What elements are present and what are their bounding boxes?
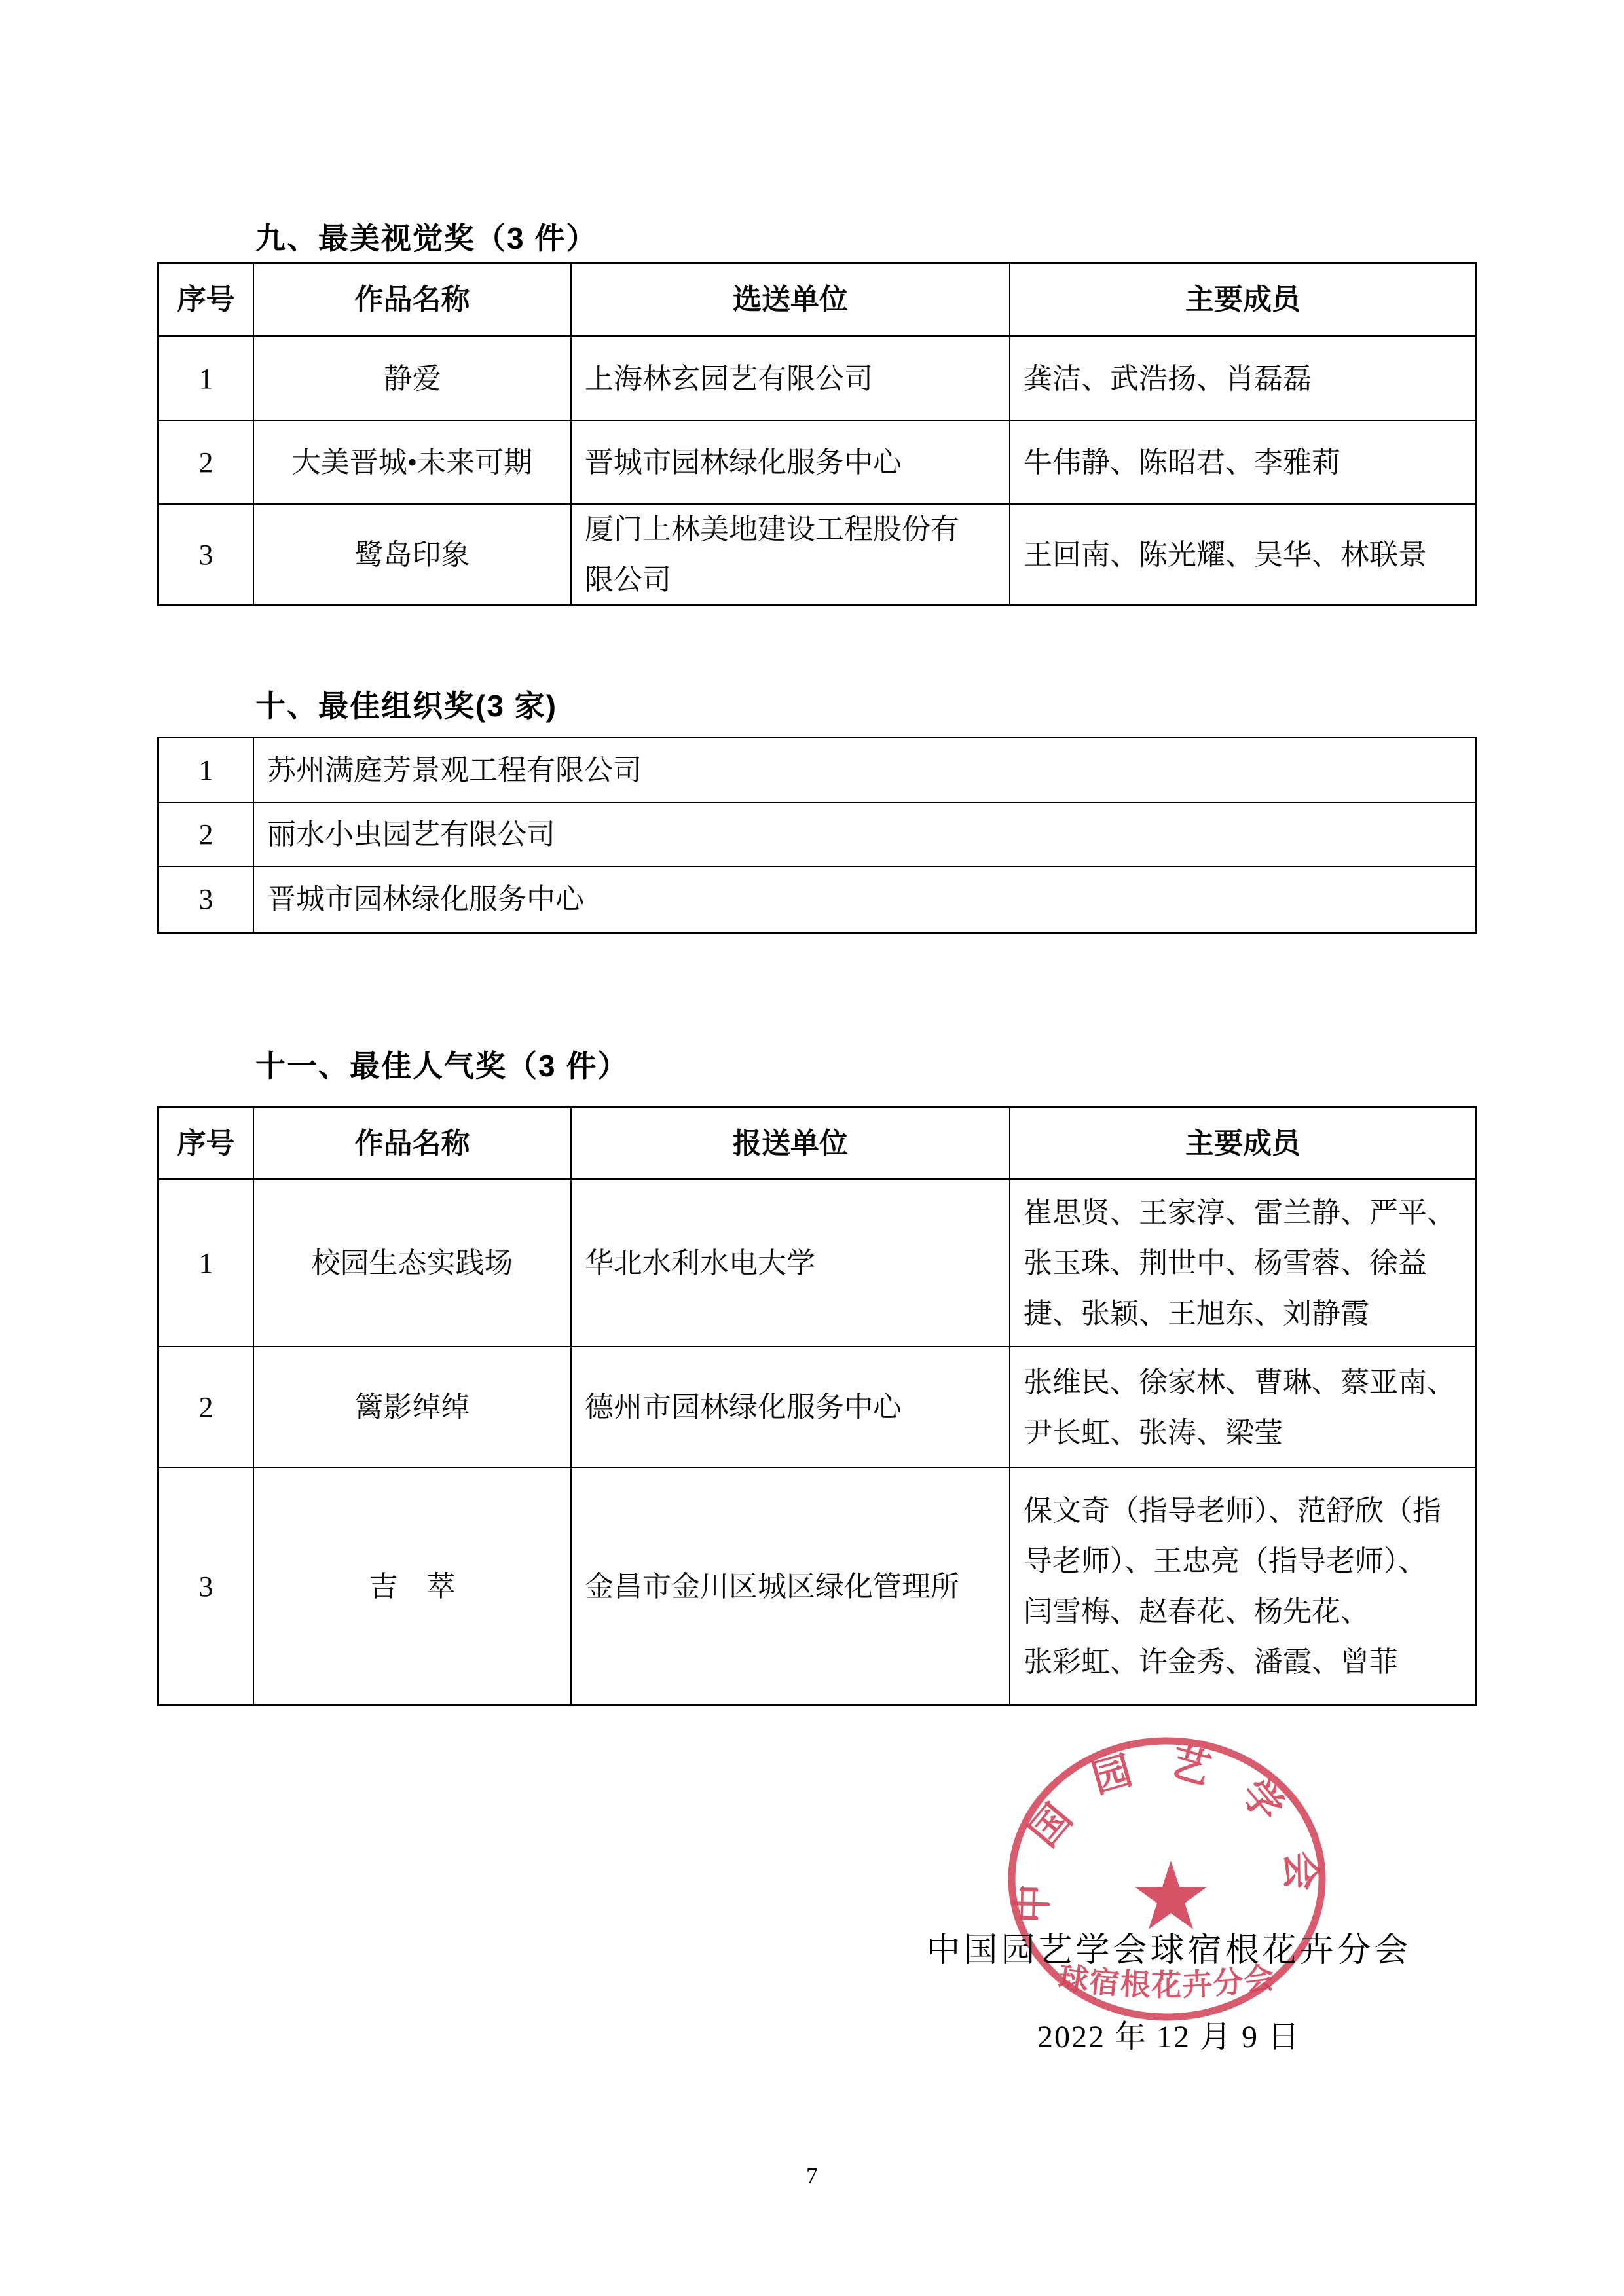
section-title-best-popularity-award: 十一、最佳人气奖（3 件） <box>255 1046 629 1085</box>
table-cell-no: 3 <box>159 505 254 604</box>
table-cell-work: 吉 萃 <box>254 1468 572 1704</box>
table-cell-unit: 晋城市园林绿化服务中心 <box>572 421 1010 505</box>
table-cell-unit: 丽水小虫园艺有限公司 <box>254 803 1475 867</box>
table-cell-unit: 厦门上林美地建设工程股份有 限公司 <box>572 505 1010 604</box>
document-page: 九、最美视觉奖（3 件） 序号 作品名称 选送单位 主要成员 1 静爱 上海林玄… <box>0 0 1624 2296</box>
table-cell-members: 牛伟静、陈昭君、李雅莉 <box>1010 421 1475 505</box>
column-header-main-members: 主要成员 <box>1010 264 1475 337</box>
table-cell-no: 1 <box>159 337 254 421</box>
seal-star-icon <box>1135 1861 1207 1929</box>
table-cell-unit: 苏州满庭芳景观工程有限公司 <box>254 738 1475 803</box>
table-cell-work: 静爱 <box>254 337 572 421</box>
table-cell-no: 2 <box>159 1347 254 1468</box>
column-header-work-name: 作品名称 <box>254 264 572 337</box>
section-title-best-organization-award: 十、最佳组织奖(3 家) <box>255 686 557 725</box>
best-organization-award-table: 1 苏州满庭芳景观工程有限公司 2 丽水小虫园艺有限公司 3 晋城市园林绿化服务… <box>157 737 1477 934</box>
signature-organization: 中国园艺学会球宿根花卉分会 <box>838 1922 1500 1971</box>
column-header-no: 序号 <box>159 1108 254 1180</box>
signature-date: 2022 年 12 月 9 日 <box>904 2011 1434 2056</box>
page-number: 7 <box>0 2162 1624 2189</box>
table-cell-members: 崔思贤、王家淳、雷兰静、严平、 张玉珠、荆世中、杨雪蓉、徐益 捷、张颖、王旭东、… <box>1010 1180 1475 1347</box>
table-cell-work: 大美晋城•未来可期 <box>254 421 572 505</box>
table-cell-unit: 晋城市园林绿化服务中心 <box>254 867 1475 932</box>
best-visual-award-table: 序号 作品名称 选送单位 主要成员 1 静爱 上海林玄园艺有限公司 龚洁、武浩扬… <box>157 262 1477 606</box>
table-cell-members: 张维民、徐家林、曹琳、蔡亚南、 尹长虹、张涛、梁莹 <box>1010 1347 1475 1468</box>
table-cell-work: 校园生态实践场 <box>254 1180 572 1347</box>
table-cell-no: 1 <box>159 738 254 803</box>
table-cell-work: 鹭岛印象 <box>254 505 572 604</box>
table-cell-unit: 金昌市金川区城区绿化管理所 <box>572 1468 1010 1704</box>
table-cell-no: 3 <box>159 1468 254 1704</box>
official-seal: 中国园艺学会 球宿根花卉分会 <box>995 1734 1338 2041</box>
table-cell-no: 2 <box>159 803 254 867</box>
table-cell-no: 1 <box>159 1180 254 1347</box>
column-header-submitting-unit: 选送单位 <box>572 264 1010 337</box>
column-header-no: 序号 <box>159 264 254 337</box>
table-cell-unit: 德州市园林绿化服务中心 <box>572 1347 1010 1468</box>
table-cell-unit: 华北水利水电大学 <box>572 1180 1010 1347</box>
table-cell-work: 篱影绰绰 <box>254 1347 572 1468</box>
section-title-best-visual-award: 九、最美视觉奖（3 件） <box>255 219 597 258</box>
best-popularity-award-table: 序号 作品名称 报送单位 主要成员 1 校园生态实践场 华北水利水电大学 崔思贤… <box>157 1106 1477 1706</box>
table-cell-members: 保文奇（指导老师）、范舒欣（指 导老师）、王忠亮（指导老师）、 闫雪梅、赵春花、… <box>1010 1468 1475 1704</box>
table-cell-members: 龚洁、武浩扬、肖磊磊 <box>1010 337 1475 421</box>
table-cell-unit: 上海林玄园艺有限公司 <box>572 337 1010 421</box>
table-cell-members: 王回南、陈光耀、吴华、林联景 <box>1010 505 1475 604</box>
table-cell-no: 3 <box>159 867 254 932</box>
column-header-reporting-unit: 报送单位 <box>572 1108 1010 1180</box>
table-cell-no: 2 <box>159 421 254 505</box>
column-header-main-members: 主要成员 <box>1010 1108 1475 1180</box>
column-header-work-name: 作品名称 <box>254 1108 572 1180</box>
